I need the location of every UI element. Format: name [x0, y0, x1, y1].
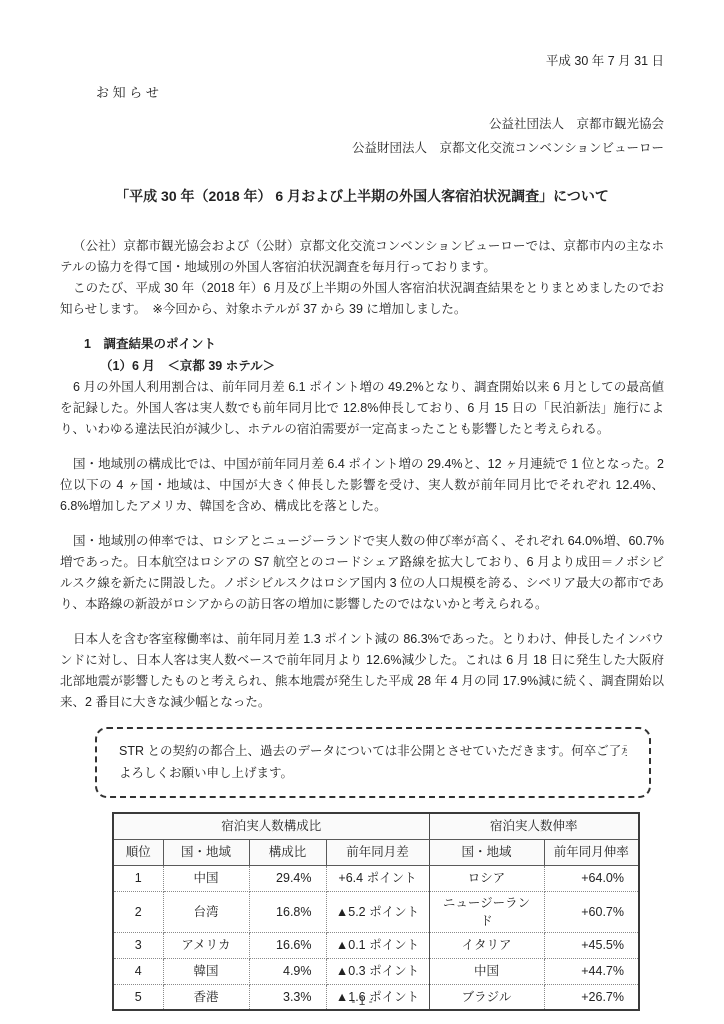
table-cell-diff: ▲0.1 ポイント	[326, 932, 429, 958]
column-header-country-right: 国・地域	[429, 839, 544, 865]
table-row: 3 アメリカ 16.6% ▲0.1 ポイント イタリア +45.5%	[113, 932, 639, 958]
section-paragraph-3: 国・地域別の伸率では、ロシアとニュージーランドで実人数の伸び率が高く、それぞれ …	[60, 531, 664, 615]
disclaimer-line-1: STR との契約の都合上、過去のデータについては非公開とさせていただきます。何卒…	[119, 740, 627, 762]
disclaimer-line-2: よろしくお願い申し上げます。	[119, 762, 627, 784]
section-paragraph-4: 日本人を含む客室稼働率は、前年同月差 1.3 ポイント減の 86.3%であった。…	[60, 629, 664, 713]
table-cell-country: 中国	[163, 865, 249, 891]
page-number: - 1 -	[0, 994, 724, 1008]
table-cell-rank: 2	[113, 891, 163, 932]
table-cell-rank: 3	[113, 932, 163, 958]
table-row: 2 台湾 16.8% ▲5.2 ポイント ニュージーランド +60.7%	[113, 891, 639, 932]
document-title: 「平成 30 年（2018 年） 6 月および上半期の外国人客宿泊状況調査」につ…	[60, 186, 664, 206]
table-cell-country: 韓国	[163, 958, 249, 984]
table-cell-country-growth: ニュージーランド	[429, 891, 544, 932]
group-header-growth: 宿泊実人数伸率	[429, 813, 639, 839]
column-header-rank: 順位	[113, 839, 163, 865]
intro-paragraph-2: このたび、平成 30 年（2018 年）6 月及び上半期の外国人客宿泊状況調査結…	[60, 278, 664, 320]
subsection-heading: （1）6 月 ＜京都 39 ホテル＞	[100, 355, 664, 377]
table-cell-growth-rate: +45.5%	[544, 932, 639, 958]
table-group-header-row: 宿泊実人数構成比 宿泊実人数伸率	[113, 813, 639, 839]
table-cell-share: 16.6%	[249, 932, 326, 958]
table-row: 1 中国 29.4% +6.4 ポイント ロシア +64.0%	[113, 865, 639, 891]
organization-block: 公益社団法人 京都市観光協会 公益財団法人 京都文化交流コンベンションビューロー	[60, 112, 664, 160]
column-header-share: 構成比	[249, 839, 326, 865]
table-row: 4 韓国 4.9% ▲0.3 ポイント 中国 +44.7%	[113, 958, 639, 984]
table-cell-share: 29.4%	[249, 865, 326, 891]
table-cell-share: 4.9%	[249, 958, 326, 984]
table-cell-growth-rate: +44.7%	[544, 958, 639, 984]
section-heading: 1 調査結果のポイント	[84, 333, 664, 355]
table-cell-growth-rate: +64.0%	[544, 865, 639, 891]
section-paragraph-2: 国・地域別の構成比では、中国が前年同月差 6.4 ポイント増の 29.4%と、1…	[60, 454, 664, 517]
section-paragraph-1: 6 月の外国人利用割合は、前年同月差 6.1 ポイント増の 49.2%となり、調…	[60, 377, 664, 440]
organization-name-2: 公益財団法人 京都文化交流コンベンションビューロー	[60, 136, 664, 160]
table-cell-growth-rate: +60.7%	[544, 891, 639, 932]
table-cell-country-growth: ロシア	[429, 865, 544, 891]
table-cell-rank: 4	[113, 958, 163, 984]
document-date: 平成 30 年 7 月 31 日	[60, 52, 664, 70]
table-column-header-row: 順位 国・地域 構成比 前年同月差 国・地域 前年同月伸率	[113, 839, 639, 865]
table-cell-rank: 1	[113, 865, 163, 891]
str-disclaimer-box: STR との契約の都合上、過去のデータについては非公開とさせていただきます。何卒…	[95, 727, 651, 798]
column-header-diff: 前年同月差	[326, 839, 429, 865]
table-cell-diff: ▲0.3 ポイント	[326, 958, 429, 984]
table-cell-diff: +6.4 ポイント	[326, 865, 429, 891]
table-cell-country-growth: 中国	[429, 958, 544, 984]
column-header-growth-rate: 前年同月伸率	[544, 839, 639, 865]
group-header-composition: 宿泊実人数構成比	[113, 813, 429, 839]
table-cell-share: 16.8%	[249, 891, 326, 932]
survey-results-table: 宿泊実人数構成比 宿泊実人数伸率 順位 国・地域 構成比 前年同月差 国・地域 …	[112, 812, 640, 1011]
table-cell-country: 台湾	[163, 891, 249, 932]
table-cell-country-growth: イタリア	[429, 932, 544, 958]
column-header-country-left: 国・地域	[163, 839, 249, 865]
intro-paragraph-1: （公社）京都市観光協会および（公財）京都文化交流コンベンションビューローでは、京…	[60, 236, 664, 278]
table-cell-diff: ▲5.2 ポイント	[326, 891, 429, 932]
notice-label: お 知 ら せ	[96, 84, 664, 102]
table-cell-country: アメリカ	[163, 932, 249, 958]
organization-name-1: 公益社団法人 京都市観光協会	[60, 112, 664, 136]
document-page: 平成 30 年 7 月 31 日 お 知 ら せ 公益社団法人 京都市観光協会 …	[0, 0, 724, 1024]
